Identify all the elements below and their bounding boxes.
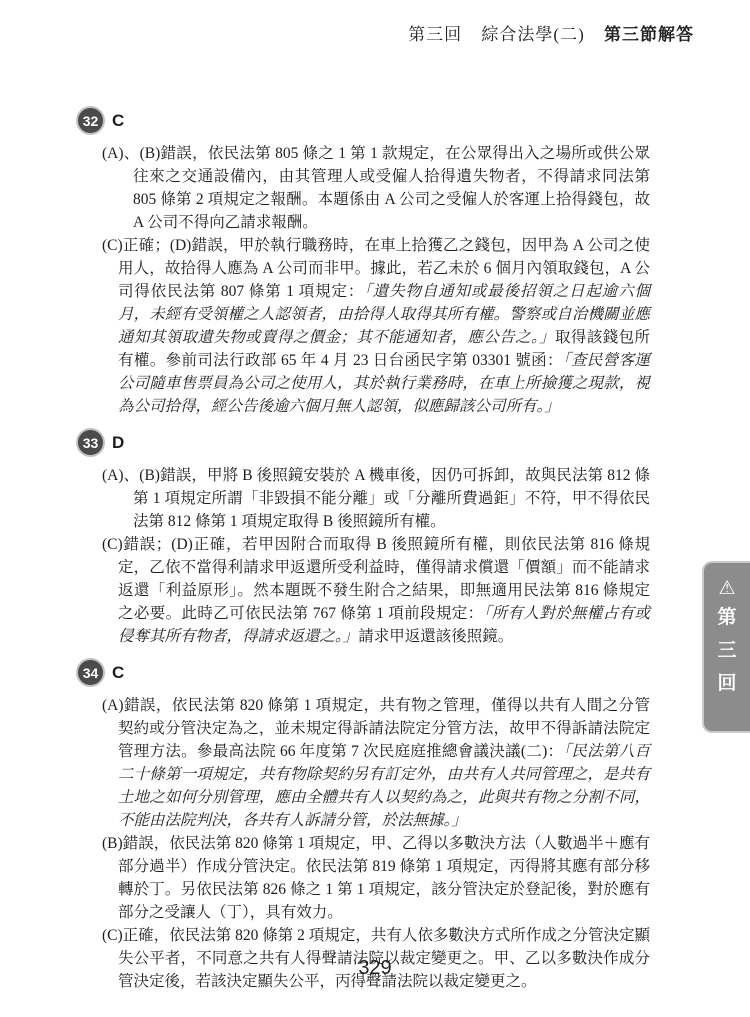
page-header: 第三回 綜合法學(二) 第三節解答 (394, 20, 694, 45)
answer-letter: D (102, 428, 650, 457)
explanation-paragraph: (A)錯誤，依民法第 820 條第 1 項規定，共有物之管理，僅得以共有人間之分… (102, 694, 650, 832)
answer-item: 34C(A)錯誤，依民法第 820 條第 1 項規定，共有物之管理，僅得以共有人… (102, 658, 650, 993)
question-number-badge: 33 (76, 428, 105, 457)
side-tab-char: 回 (717, 667, 736, 700)
header-subject: 綜合法學(二) (481, 25, 584, 44)
question-number-badge: 34 (76, 658, 105, 687)
chapter-side-tab: ⚠ 第 三 回 (702, 561, 750, 733)
explanation-paragraph: (B)錯誤，依民法第 820 條第 1 項規定，甲、乙得以多數決方法（人數過半＋… (102, 832, 650, 924)
explanation-paragraph: (A)、(B)錯誤，依民法第 805 條之 1 第 1 款規定，在公眾得出入之場… (102, 142, 650, 234)
explanation-text: 請求甲返還該後照鏡。 (358, 628, 513, 645)
header-section-title: 第三節解答 (604, 25, 694, 44)
question-number-badge: 32 (76, 106, 105, 135)
answer-letter: C (102, 658, 650, 687)
answers-list: 32C(A)、(B)錯誤，依民法第 805 條之 1 第 1 款規定，在公眾得出… (102, 106, 650, 1003)
explanation-paragraph: (C)錯誤；(D)正確，若甲因附合而取得 B 後照鏡所有權，則依民法第 816 … (102, 533, 650, 648)
answer-item: 33D(A)、(B)錯誤，甲將 B 後照鏡安裝於 A 機車後，因仍可拆卸，故與民… (102, 428, 650, 648)
header-round: 第三回 (408, 25, 462, 44)
explanation-text: (B)錯誤，依民法第 820 條第 1 項規定，甲、乙得以多數決方法（人數過半＋… (102, 835, 650, 921)
side-tab-char: 三 (717, 634, 736, 667)
warning-icon: ⚠ (718, 575, 735, 601)
page-number: 329 (0, 957, 750, 980)
explanation-text: (A)、(B)錯誤，甲將 B 後照鏡安裝於 A 機車後，因仍可拆卸，故與民法第 … (102, 467, 650, 530)
explanation-text: (A)、(B)錯誤，依民法第 805 條之 1 第 1 款規定，在公眾得出入之場… (102, 145, 650, 231)
explanation-paragraph: (A)、(B)錯誤，甲將 B 後照鏡安裝於 A 機車後，因仍可拆卸，故與民法第 … (102, 464, 650, 533)
answer-item: 32C(A)、(B)錯誤，依民法第 805 條之 1 第 1 款規定，在公眾得出… (102, 106, 650, 418)
side-tab-char: 第 (717, 601, 736, 634)
answer-letter: C (102, 106, 650, 135)
explanation-paragraph: (C)正確；(D)錯誤，甲於執行職務時，在車上拾獲乙之錢包，因甲為 A 公司之使… (102, 234, 650, 418)
